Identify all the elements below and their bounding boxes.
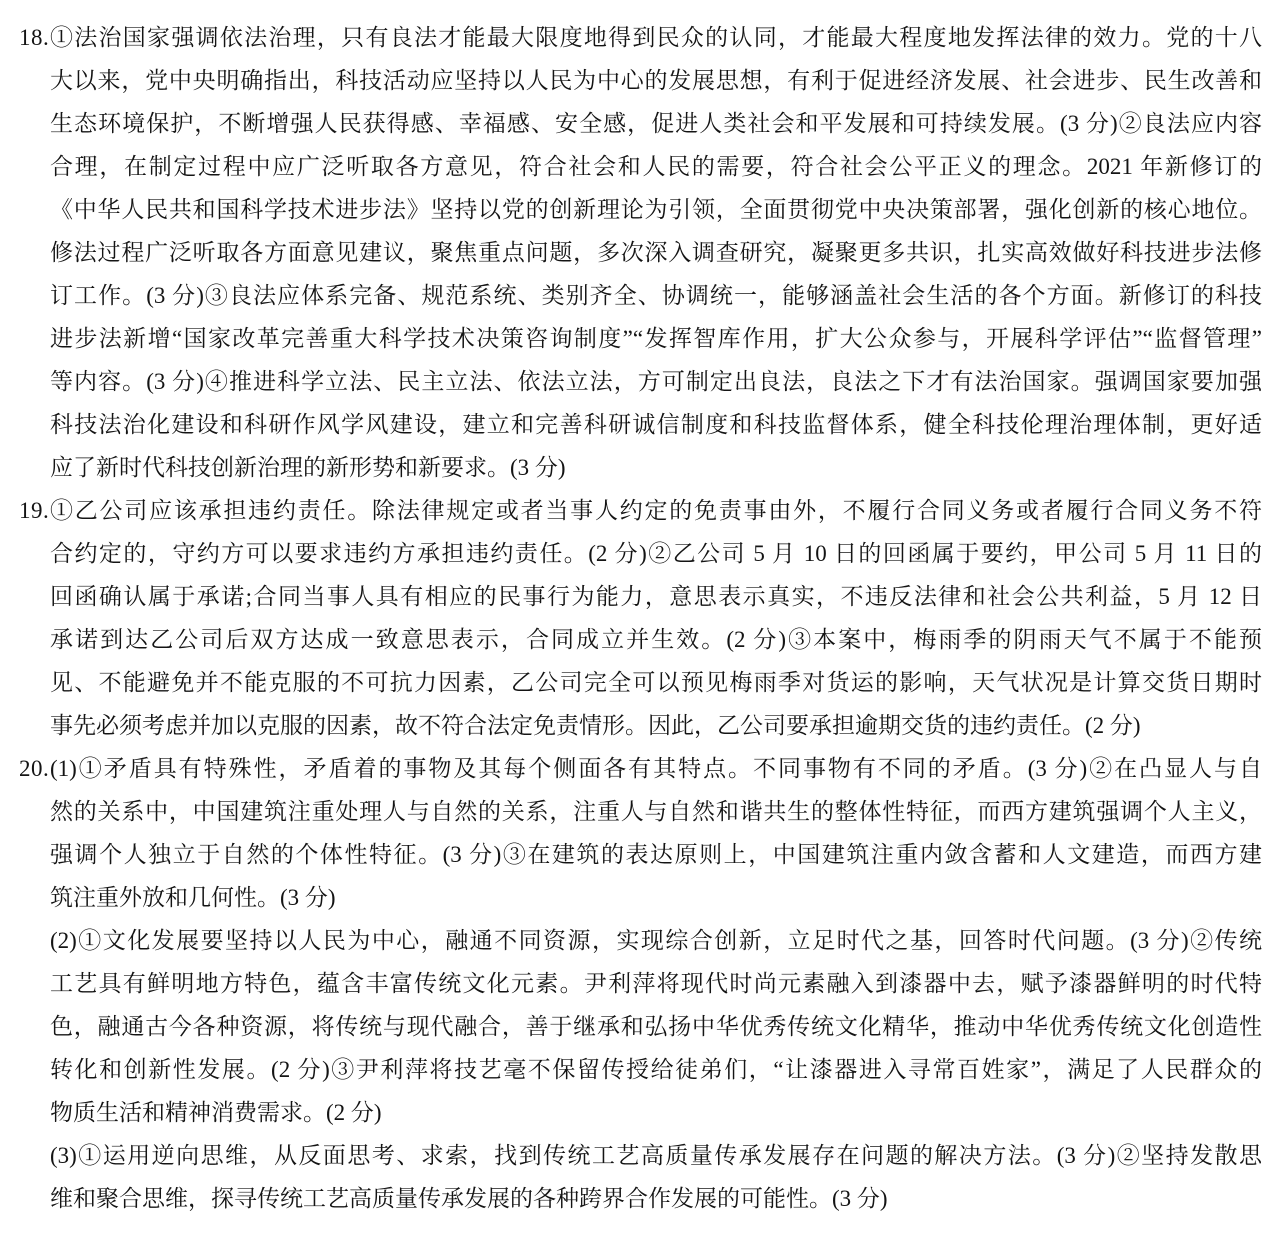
text-line: 强调个人独立于自然的个体性特征。(3 分)③在建筑的表达原则上，中国建筑注重内敛… [50,833,1262,876]
answer-19: 19.①乙公司应该承担违约责任。除法律规定或者当事人约定的免责事由外，不履行合同… [0,489,1262,747]
text-line: 事先必须考虑并加以克服的因素，故不符合法定免责情形。因此，乙公司要承担逾期交货的… [50,704,1262,747]
text-line: 筑注重外放和几何性。(3 分) [50,876,1262,919]
answer-paragraph: (3)①运用逆向思维，从反面思考、求索，找到传统工艺高质量传承发展存在问题的解决… [50,1134,1262,1220]
text-line: ①法治国家强调依法治理，只有良法才能最大限度地得到民众的认同，才能最大程度地发挥… [50,16,1262,59]
document-page: 18.①法治国家强调依法治理，只有良法才能最大限度地得到民众的认同，才能最大程度… [0,0,1280,1249]
text-line: 色，融通古今各种资源，将传统与现代融合，善于继承和弘扬中华优秀传统文化精华，推动… [50,1005,1262,1048]
text-line: ①乙公司应该承担违约责任。除法律规定或者当事人约定的免责事由外，不履行合同义务或… [50,489,1262,532]
text-line: 合理，在制定过程中应广泛听取各方意见，符合社会和人民的需要，符合社会公平正义的理… [50,145,1262,188]
text-line: 然的关系中，中国建筑注重处理人与自然的关系，注重人与自然和谐共生的整体性特征，而… [50,790,1262,833]
text-line: 修法过程广泛听取各方面意见建议，聚焦重点问题，多次深入调查研究，凝聚更多共识，扎… [50,231,1262,274]
text-line: 物质生活和精神消费需求。(2 分) [50,1091,1262,1134]
text-line: 应了新时代科技创新治理的新形势和新要求。(3 分) [50,446,1262,489]
text-line: 科技法治化建设和科研作风学风建设，建立和完善科研诚信制度和科技监督体系，健全科技… [50,403,1262,446]
text-line: 进步法新增“国家改革完善重大科学技术决策咨询制度”“发挥智库作用，扩大公众参与，… [50,317,1262,360]
answer-paragraph: ①乙公司应该承担违约责任。除法律规定或者当事人约定的免责事由外，不履行合同义务或… [50,489,1262,747]
text-line: (1)①矛盾具有特殊性，矛盾着的事物及其每个侧面各有其特点。不同事物有不同的矛盾… [50,747,1262,790]
text-line: 维和聚合思维，探寻传统工艺高质量传承发展的各种跨界合作发展的可能性。(3 分) [50,1177,1262,1220]
answer-paragraph: (1)①矛盾具有特殊性，矛盾着的事物及其每个侧面各有其特点。不同事物有不同的矛盾… [50,747,1262,919]
answer-18: 18.①法治国家强调依法治理，只有良法才能最大限度地得到民众的认同，才能最大程度… [0,16,1262,489]
text-line: 工艺具有鲜明地方特色，蕴含丰富传统文化元素。尹利萍将现代时尚元素融入到漆器中去，… [50,962,1262,1005]
answer-20: 20.(1)①矛盾具有特殊性，矛盾着的事物及其每个侧面各有其特点。不同事物有不同… [0,747,1262,1220]
answer-number: 19. [19,489,49,532]
answer-number: 18. [19,16,49,59]
text-line: 转化和创新性发展。(2 分)③尹利萍将技艺毫不保留传授给徒弟们，“让漆器进入寻常… [50,1048,1262,1091]
text-line: 《中华人民共和国科学技术进步法》坚持以党的创新理论为引领，全面贯彻党中央决策部署… [50,188,1262,231]
answer-paragraph: (2)①文化发展要坚持以人民为中心，融通不同资源，实现综合创新，立足时代之基，回… [50,919,1262,1134]
answer-number: 20. [19,747,49,790]
text-line: 生态环境保护，不断增强人民获得感、幸福感、安全感，促进人类社会和平发展和可持续发… [50,102,1262,145]
text-line: 订工作。(3 分)③良法应体系完备、规范系统、类别齐全、协调统一，能够涵盖社会生… [50,274,1262,317]
text-line: (2)①文化发展要坚持以人民为中心，融通不同资源，实现综合创新，立足时代之基，回… [50,919,1262,962]
text-line: (3)①运用逆向思维，从反面思考、求索，找到传统工艺高质量传承发展存在问题的解决… [50,1134,1262,1177]
text-line: 等内容。(3 分)④推进科学立法、民主立法、依法立法，方可制定出良法，良法之下才… [50,360,1262,403]
answer-paragraph: ①法治国家强调依法治理，只有良法才能最大限度地得到民众的认同，才能最大程度地发挥… [50,16,1262,489]
text-line: 承诺到达乙公司后双方达成一致意思表示，合同成立并生效。(2 分)③本案中，梅雨季… [50,618,1262,661]
text-line: 见、不能避免并不能克服的不可抗力因素，乙公司完全可以预见梅雨季对货运的影响，天气… [50,661,1262,704]
text-line: 合约定的，守约方可以要求违约方承担违约责任。(2 分)②乙公司 5 月 10 日… [50,532,1262,575]
text-line: 回函确认属于承诺;合同当事人具有相应的民事行为能力，意思表示真实，不违反法律和社… [50,575,1262,618]
text-line: 大以来，党中央明确指出，科技活动应坚持以人民为中心的发展思想，有利于促进经济发展… [50,59,1262,102]
